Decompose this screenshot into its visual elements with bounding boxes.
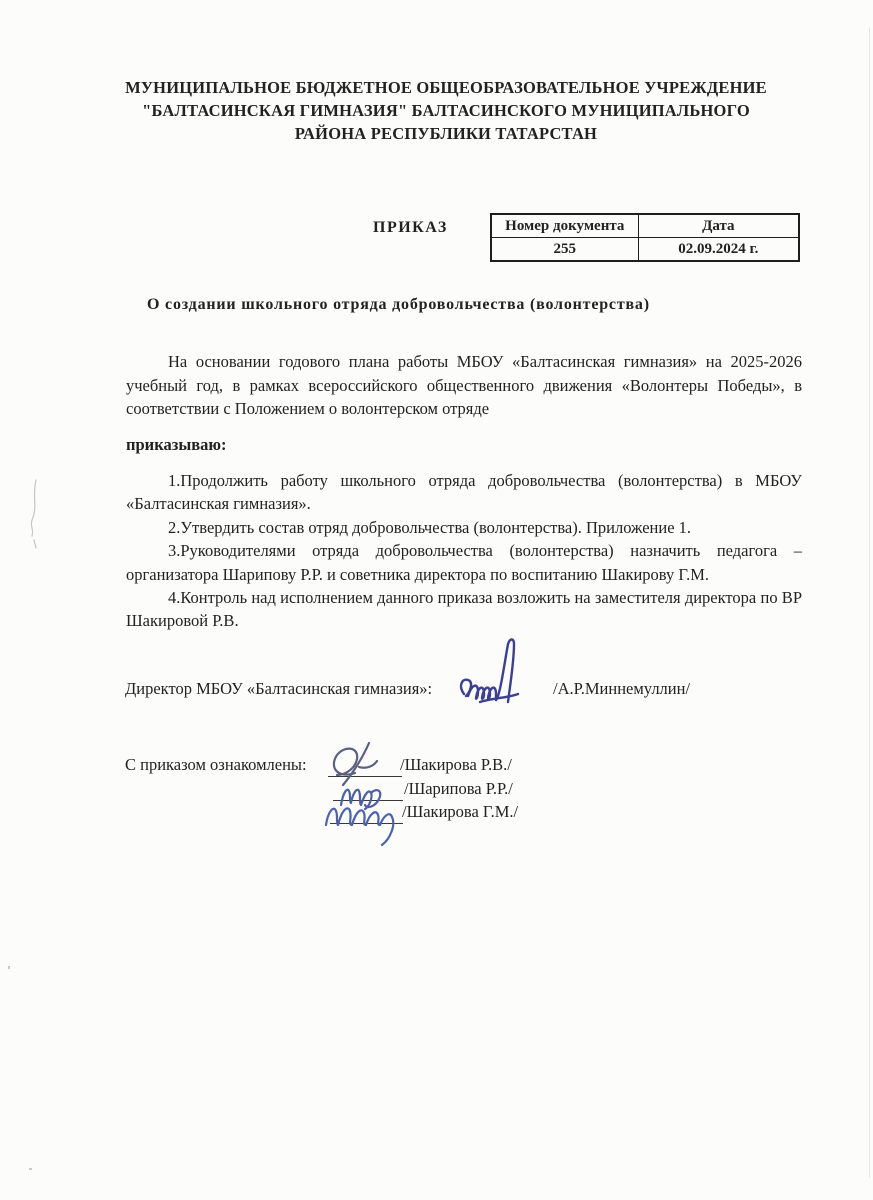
organization-header: МУНИЦИПАЛЬНОЕ БЮДЖЕТНОЕ ОБЩЕОБРАЗОВАТЕЛЬ… [96,76,796,145]
order-title: ПРИКАЗ [373,219,448,237]
order-document-page: МУНИЦИПАЛЬНОЕ БЮДЖЕТНОЕ ОБЩЕОБРАЗОВАТЕЛЬ… [0,0,873,1200]
acknowledgment-label: С приказом ознакомлены: [125,755,307,775]
date-header: Дата [638,214,799,238]
organization-header-line: РАЙОНА РЕСПУБЛИКИ ТАТАРСТАН [96,122,796,145]
director-label: Директор МБОУ «Балтасинская гимназия»: [125,679,432,699]
order-number-date-table: Номер документа Дата 255 02.09.2024 г. [490,213,800,262]
director-signature [452,636,542,724]
organization-header-line: МУНИЦИПАЛЬНОЕ БЮДЖЕТНОЕ ОБЩЕОБРАЗОВАТЕЛЬ… [96,76,796,99]
decree-word: приказываю: [126,435,226,455]
order-item-4: 4.Контроль над исполнением данного прика… [126,586,802,633]
scan-speck [29,1168,32,1170]
order-item-1: 1.Продолжить работу школьного отряда доб… [126,469,802,516]
order-item-2: 2.Утвердить состав отряд добровольчества… [126,516,802,539]
order-preamble: На основании годового плана работы МБОУ … [126,350,802,421]
signer-name-3: /Шакирова Г.М./ [402,802,518,822]
order-item-3: 3.Руководителями отряда добровольчества … [126,539,802,586]
date-value: 02.09.2024 г. [638,238,799,262]
organization-header-line: "БАЛТАСИНСКАЯ ГИМНАЗИЯ" БАЛТАСИНСКОГО МУ… [96,99,796,122]
table-value-row: 255 02.09.2024 г. [491,238,799,262]
scan-speck [8,966,10,969]
director-name: /А.Р.Миннемуллин/ [553,679,690,699]
signer-name-2: /Шарипова Р.Р./ [404,779,513,799]
order-items-list: 1.Продолжить работу школьного отряда доб… [126,469,802,633]
signer-signature-3 [318,795,413,847]
document-number-header: Номер документа [491,214,638,238]
order-subject: О создании школьного отряда добровольчес… [147,296,650,314]
pencil-mark-artifact [26,476,50,556]
document-number-value: 255 [491,238,638,262]
table-header-row: Номер документа Дата [491,214,799,238]
scan-edge-artifact [869,28,870,1178]
signer-name-1: /Шакирова Р.В./ [400,755,512,775]
